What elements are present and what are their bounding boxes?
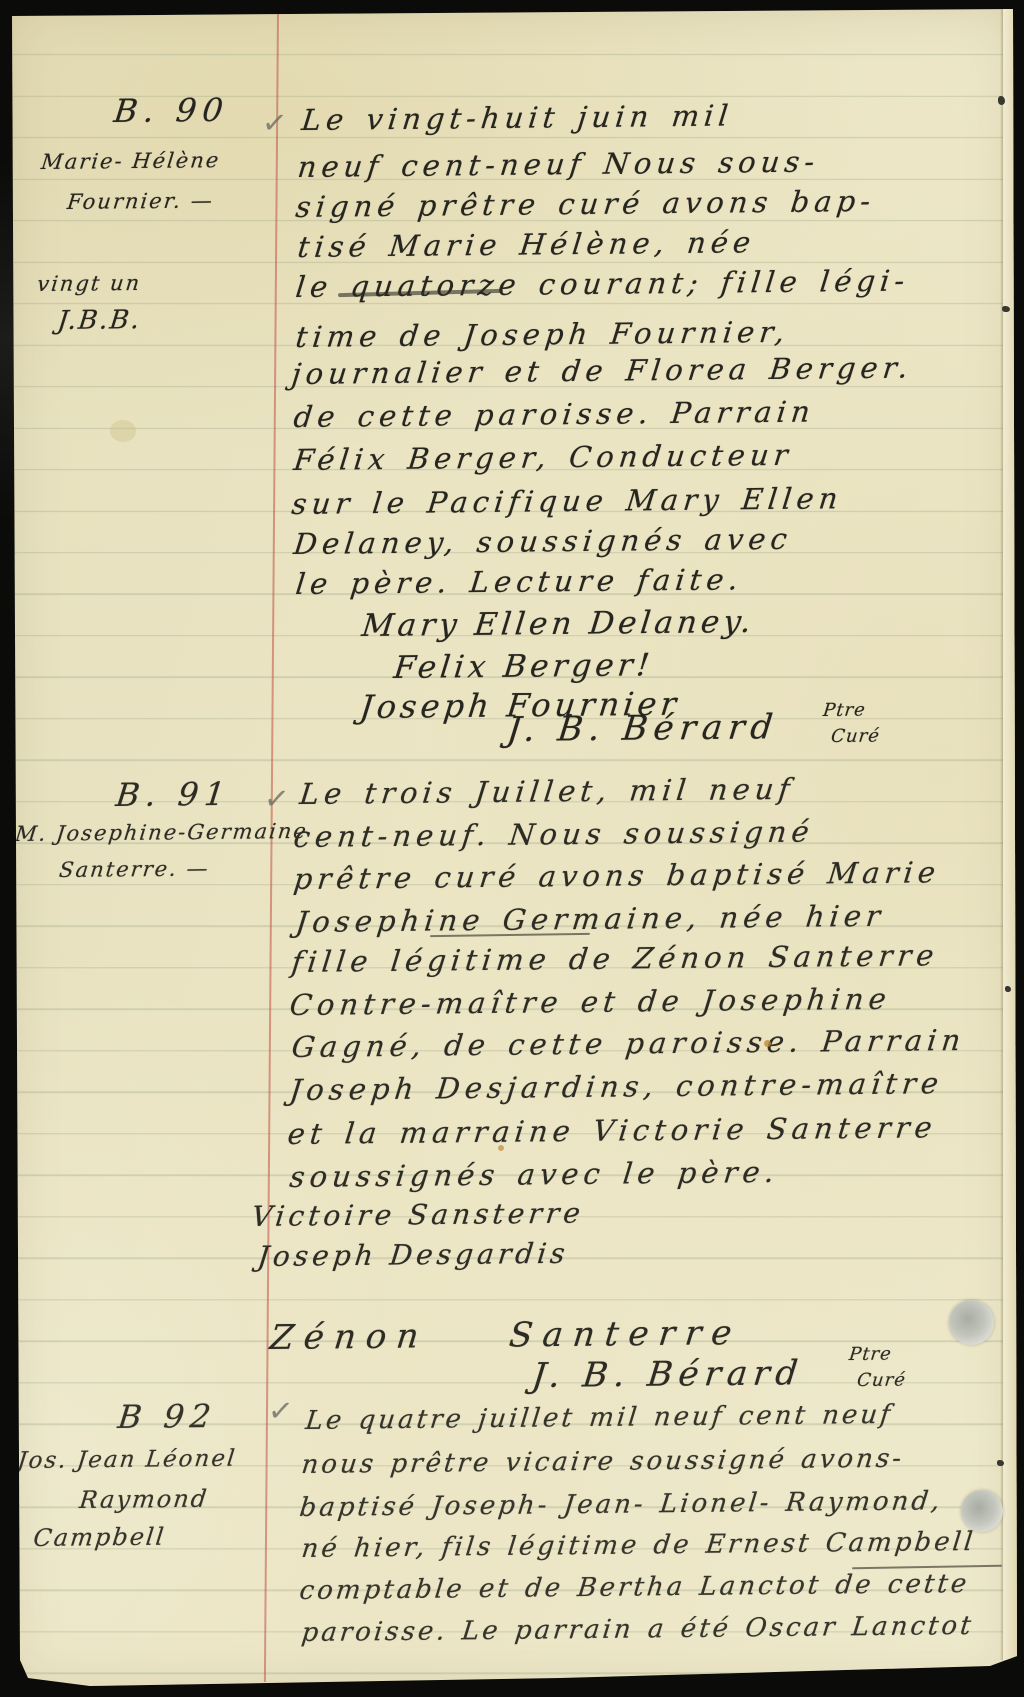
margin-note-line: J.B.B. [56, 305, 143, 336]
priest-title-cure: Curé [856, 1369, 907, 1391]
body-line: Contre-maître et de Josephine [288, 982, 893, 1022]
margin-name-line: Santerre. — [58, 856, 211, 882]
body-line: soussignés avec le père. [288, 1155, 781, 1194]
margin-name-line: Jos. Jean Léonel [16, 1446, 238, 1474]
body-line: prêtre curé avons baptisé Marie [292, 855, 942, 896]
body-line: fille légitime de Zénon Santerre [290, 938, 940, 979]
edge-speck [1005, 986, 1011, 992]
body-line: le père. Lecture faite. [294, 562, 745, 601]
margin-name-line: M. Josephine-Germaine [14, 819, 309, 846]
body-line: cent-neuf. Nous soussigné [292, 815, 816, 854]
body-line: Félix Berger, Conducteur [292, 438, 795, 477]
body-line: time de Joseph Fournier, [294, 315, 791, 354]
entry-label: B. 90 [112, 91, 231, 130]
body-line: et la marraine Victorie Santerre [286, 1110, 939, 1151]
body-line: le quatorze courant; fille légi- [294, 264, 911, 304]
priest-signature: J. B. Bérard [530, 1353, 806, 1396]
checkmark-icon: ✓ [260, 105, 289, 142]
body-line: sur le Pacifique Mary Ellen [290, 481, 844, 521]
body-line: journalier et de Florea Berger. [290, 351, 915, 391]
edge-speck [998, 96, 1005, 105]
body-line: signé prêtre curé avons bap- [294, 184, 877, 224]
signature-line: Zénon Santerre [268, 1313, 744, 1358]
register-page: B. 90 ✓ Marie- Hélène Fournier. — vingt … [0, 0, 1024, 1697]
margin-note-line: vingt un [36, 271, 143, 296]
paper-stain [764, 1040, 771, 1047]
signature-line: Felix Berger! [392, 647, 655, 686]
body-line: neuf cent-neuf Nous sous- [296, 145, 821, 184]
edge-speck [1002, 306, 1010, 312]
body-line: Joseph Desjardins, contre-maître [288, 1066, 945, 1107]
checkmark-icon: ✓ [266, 1393, 295, 1430]
paper-stain [110, 420, 136, 442]
signature-line: Mary Ellen Delaney. [360, 604, 757, 644]
margin-name-line: Campbell [32, 1523, 167, 1552]
margin-name-line: Fournier. — [66, 188, 215, 214]
edge-speck [997, 1460, 1004, 1466]
entry-label: B. 91 [114, 775, 233, 814]
margin-name-line: Marie- Hélène [40, 148, 222, 174]
signature-line: Victoire Sansterre [250, 1197, 586, 1233]
checkmark-icon: ✓ [262, 781, 291, 818]
entry-label: B 92 [116, 1397, 219, 1436]
priest-signature: J. B. Bérard [505, 707, 781, 750]
priest-title-cure: Curé [830, 725, 881, 747]
punch-hole [949, 1300, 994, 1345]
body-line: Delaney, soussignés avec [292, 522, 794, 561]
body-line: Josephine Germaine, née hier [294, 899, 887, 939]
body-line: Le trois Juillet, mil neuf [298, 772, 796, 811]
margin-name-line: Raymond [78, 1485, 210, 1514]
priest-title-ptre: Ptre [822, 700, 867, 721]
punch-hole [961, 1490, 1003, 1532]
body-line: de cette paroisse. Parrain [292, 395, 817, 434]
body-line: tisé Marie Hélène, née [296, 225, 757, 264]
paper-stain [498, 1145, 504, 1151]
body-line: Le vingt-huit juin mil [300, 98, 735, 137]
priest-title-ptre: Ptre [848, 1344, 893, 1365]
body-line: nous prêtre vicaire soussigné avons- [300, 1444, 906, 1480]
body-line: Gagné, de cette paroisse. Parrain [290, 1023, 967, 1064]
body-line: Le quatre juillet mil neuf cent neuf [304, 1400, 895, 1436]
signature-line: Joseph Desgardis [256, 1237, 571, 1273]
